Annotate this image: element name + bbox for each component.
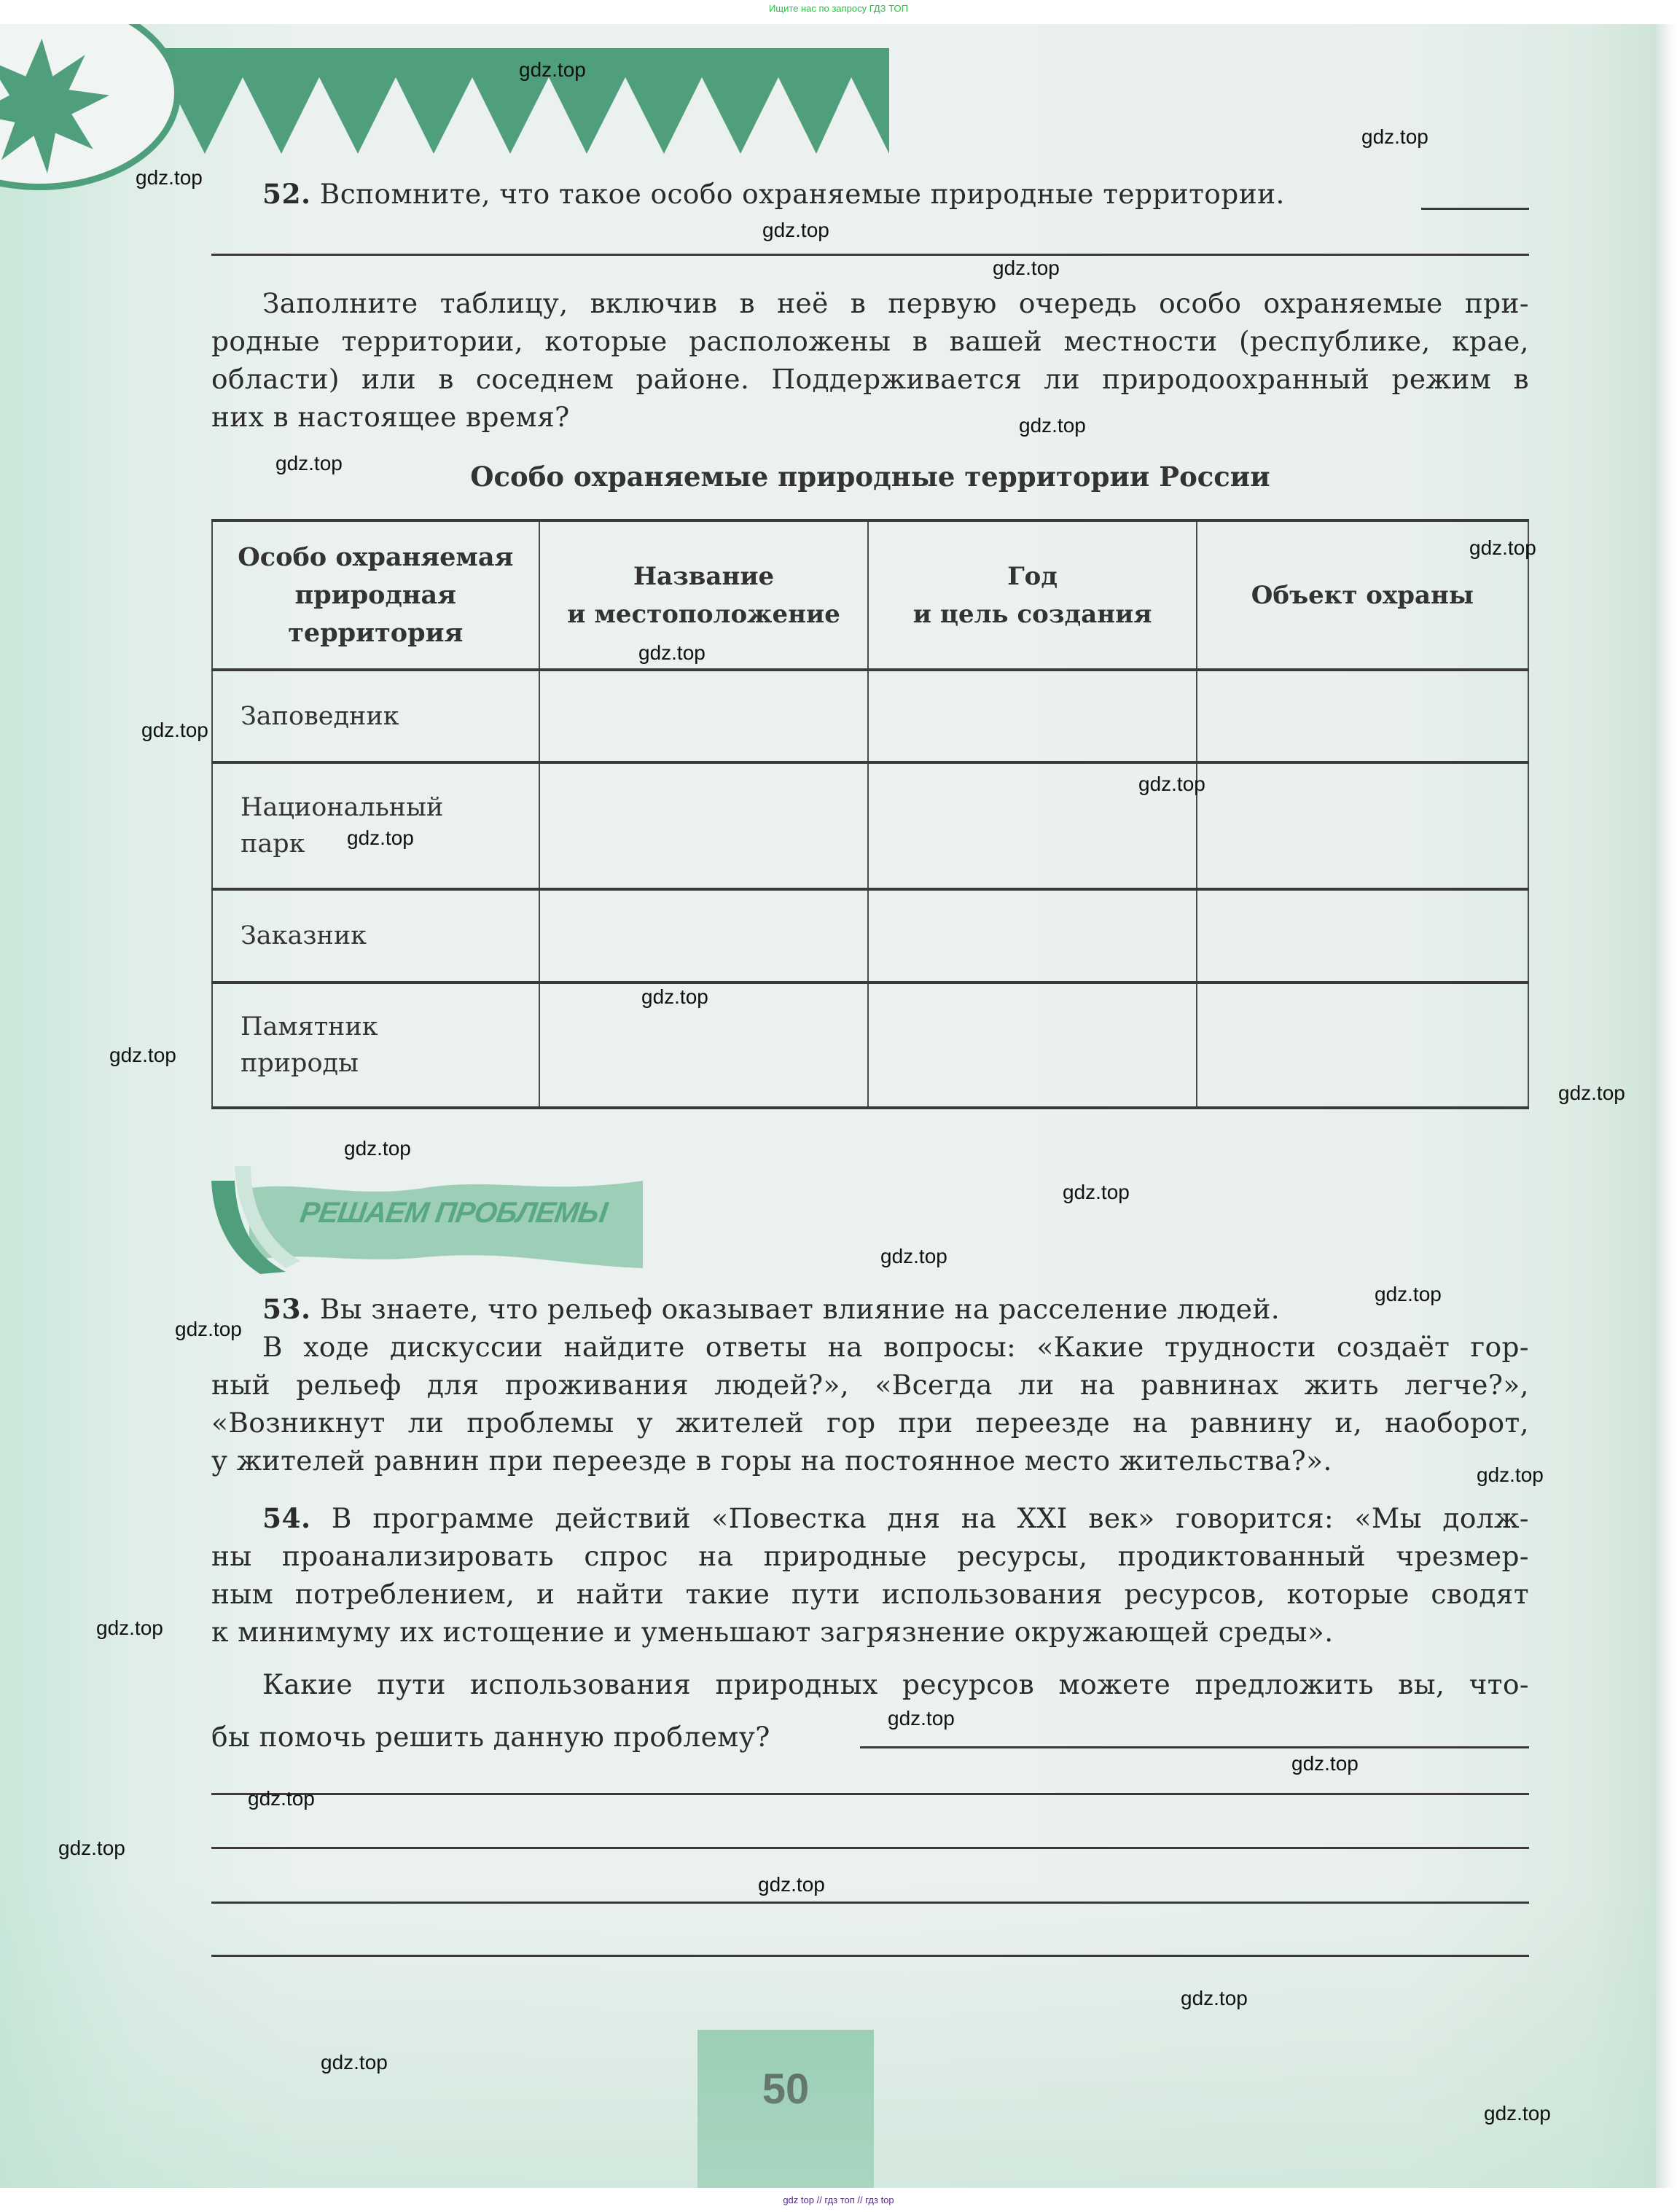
- table-cell-input[interactable]: [1197, 762, 1528, 889]
- watermark: gdz.top: [880, 1245, 947, 1268]
- watermark: gdz.top: [347, 826, 414, 850]
- page-number: 50: [697, 2065, 874, 2114]
- text-line: Какие пути использования природных ресур…: [262, 1665, 1529, 1703]
- row-label-zapovednik: Заповедник: [212, 670, 539, 762]
- watermark: gdz.top: [141, 719, 208, 742]
- answer-line-3[interactable]: [211, 1847, 1529, 1849]
- watermark: gdz.top: [1291, 1752, 1359, 1775]
- row-label-nature-monument: Памятникприроды: [212, 982, 539, 1108]
- table-cell-input[interactable]: [539, 762, 869, 889]
- text-line: Заполните таблицу, включив в неё в перву…: [262, 284, 1529, 322]
- watermark: gdz.top: [519, 58, 586, 82]
- table-row: Заказник: [212, 889, 1528, 982]
- page-spine: [1656, 24, 1677, 2188]
- table-cell-input[interactable]: [539, 889, 869, 982]
- answer-line-4[interactable]: [211, 1902, 1529, 1904]
- table-row: Памятникприроды: [212, 982, 1528, 1108]
- watermark: gdz.top: [1361, 125, 1428, 149]
- text-line: ным потреблением, и найти такие пути исп…: [211, 1575, 1529, 1613]
- watermark: gdz.top: [344, 1137, 411, 1160]
- protected-areas-table: Особо охраняемаяприроднаятерритория Назв…: [211, 519, 1529, 1109]
- header-type: Особо охраняемаяприроднаятерритория: [212, 520, 539, 670]
- table-header-row: Особо охраняемаяприроднаятерритория Назв…: [212, 520, 1528, 670]
- page-number-block: 50: [697, 2030, 874, 2188]
- text-line: «Возникнут ли проблемы у жителей гор при…: [211, 1404, 1529, 1442]
- task52-number: 52.: [262, 178, 310, 210]
- table-cell-input[interactable]: [539, 670, 869, 762]
- table-row: Заповедник: [212, 670, 1528, 762]
- watermark: gdz.top: [1469, 536, 1536, 560]
- watermark: gdz.top: [638, 641, 705, 665]
- task52-answer-line-1[interactable]: [1421, 208, 1529, 210]
- star-icon: [0, 39, 109, 173]
- text-line: области) или в соседнем районе. Поддержи…: [211, 360, 1529, 398]
- row-label-national-park: Национальныйпарк: [212, 762, 539, 889]
- table-cell-input[interactable]: [1197, 670, 1528, 762]
- text-line: ный рельеф для проживания людей?», «Всег…: [211, 1366, 1529, 1404]
- text-line: ны проанализировать спрос на природные р…: [211, 1537, 1529, 1575]
- watermark: gdz.top: [136, 166, 203, 189]
- text-line: 53. Вы знаете, что рельеф оказывает влия…: [262, 1290, 1414, 1328]
- watermark: gdz.top: [321, 2051, 388, 2074]
- watermark: gdz.top: [1138, 773, 1205, 796]
- task52-question: 52. Вспомните, что такое особо охраняемы…: [262, 175, 1414, 213]
- watermark: gdz.top: [109, 1044, 176, 1067]
- table-cell-input[interactable]: [868, 670, 1196, 762]
- text-line: к минимуму их истощение и уменьшают загр…: [211, 1613, 1529, 1651]
- watermark: gdz.top: [641, 985, 708, 1009]
- table-cell-input[interactable]: [1197, 889, 1528, 982]
- row-label-zakaznik: Заказник: [212, 889, 539, 982]
- watermark: gdz.top: [758, 1873, 825, 1896]
- watermark: gdz.top: [248, 1787, 315, 1810]
- text-line: родные территории, которые расположены в…: [211, 322, 1529, 360]
- header-year-purpose: Годи цель создания: [868, 520, 1196, 670]
- watermark: gdz.top: [1484, 2102, 1551, 2125]
- table-cell-input[interactable]: [1197, 982, 1528, 1108]
- text-line: 54. В программе действий «Повестка дня н…: [262, 1499, 1529, 1537]
- search-hint: Ищите нас по запросу ГДЗ ТОП: [0, 3, 1677, 14]
- table-title: Особо охраняемые природные территории Ро…: [211, 461, 1529, 493]
- text-line: у жителей равнин при переезде в горы на …: [211, 1442, 1529, 1480]
- answer-line-2[interactable]: [211, 1793, 1529, 1795]
- watermark: gdz.top: [1063, 1181, 1130, 1204]
- section-banner-label: РЕШАЕМ ПРОБЛЕМЫ: [298, 1197, 609, 1230]
- table-row: Национальныйпарк: [212, 762, 1528, 889]
- watermark: gdz.top: [993, 257, 1060, 280]
- section-banner: РЕШАЕМ ПРОБЛЕМЫ: [206, 1159, 643, 1275]
- answer-line-1[interactable]: [860, 1746, 1529, 1748]
- top-strip: Ищите нас по запросу ГДЗ ТОП: [0, 0, 1677, 24]
- footer-links[interactable]: gdz top // гдз топ // гдз top: [0, 2188, 1677, 2212]
- text-line: бы помочь решить данную проблему?: [211, 1718, 867, 1756]
- answer-line-5[interactable]: [211, 1955, 1529, 1957]
- watermark: gdz.top: [1019, 414, 1086, 437]
- watermark: gdz.top: [96, 1617, 163, 1640]
- watermark: gdz.top: [1558, 1082, 1625, 1105]
- task52-answer-line-2[interactable]: [211, 254, 1529, 256]
- watermark: gdz.top: [58, 1837, 125, 1860]
- watermark: gdz.top: [275, 452, 343, 475]
- task52-question-text: Вспомните, что такое особо охраняемые пр…: [320, 178, 1285, 210]
- watermark: gdz.top: [1477, 1463, 1544, 1487]
- task54-number: 54.: [262, 1502, 310, 1534]
- watermark: gdz.top: [888, 1707, 955, 1730]
- text-line: В ходе дискуссии найдите ответы на вопро…: [262, 1328, 1529, 1366]
- watermark: gdz.top: [175, 1318, 242, 1341]
- watermark: gdz.top: [762, 219, 829, 242]
- watermark: gdz.top: [1181, 1987, 1248, 2010]
- task53-number: 53.: [262, 1293, 310, 1325]
- text-line: них в настоящее время?: [211, 398, 1529, 436]
- watermark: gdz.top: [1375, 1283, 1442, 1306]
- table-cell-input[interactable]: [868, 982, 1196, 1108]
- table-cell-input[interactable]: [868, 889, 1196, 982]
